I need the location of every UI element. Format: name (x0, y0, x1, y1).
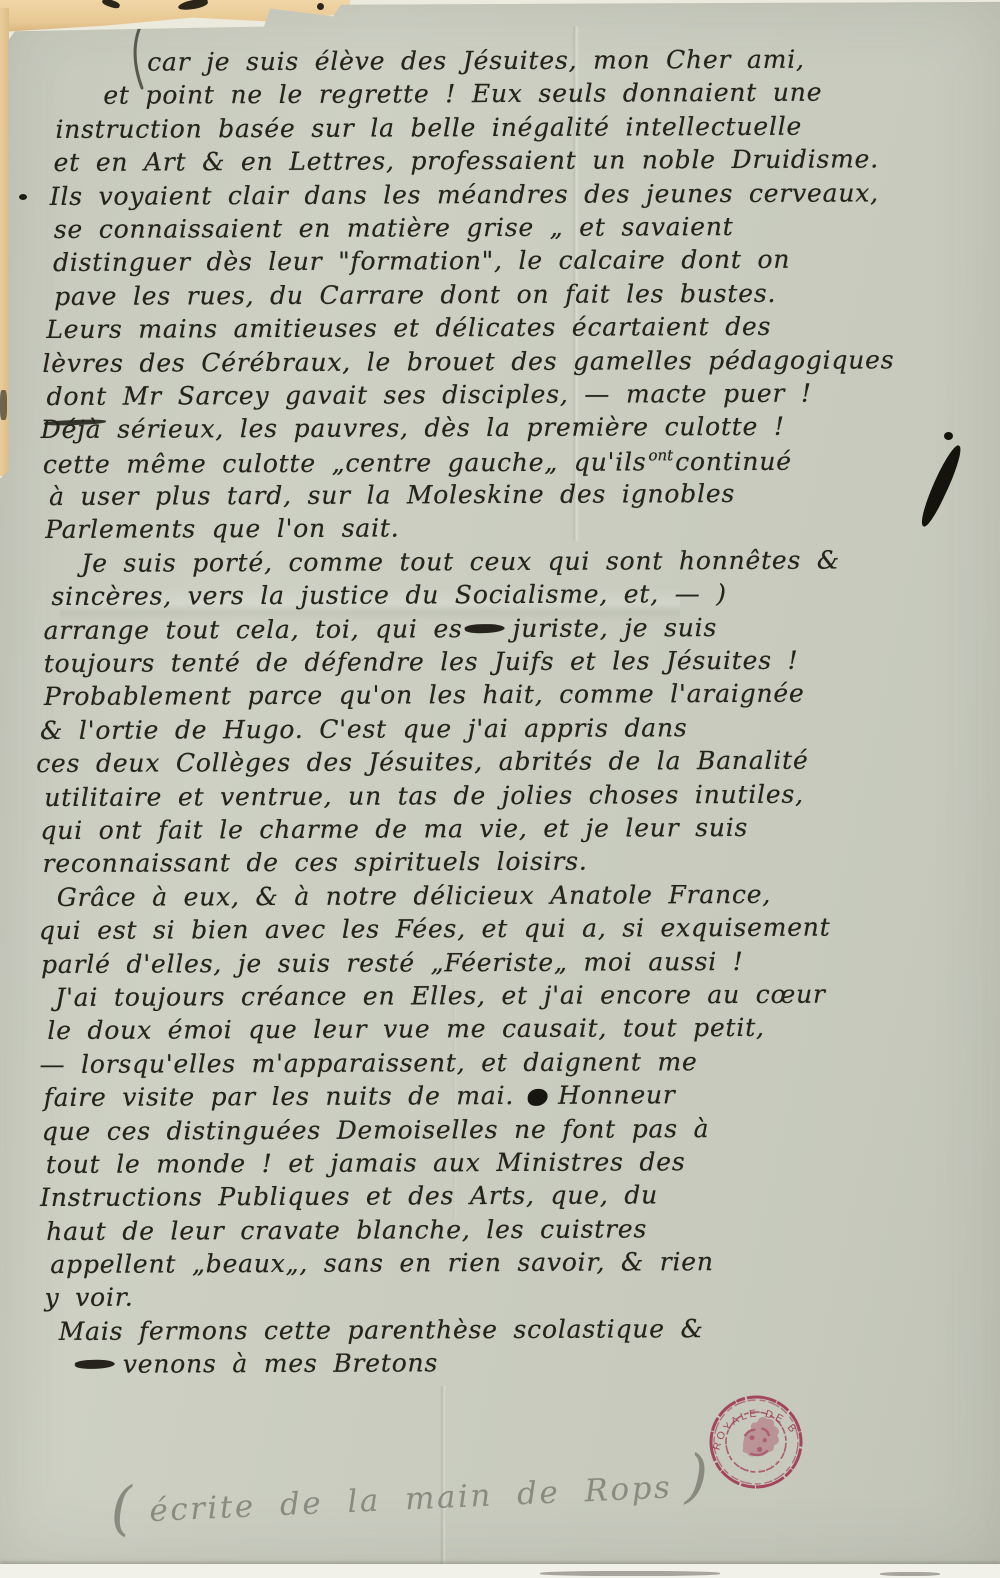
letter-line: appellent „beaux„, sans en rien savoir, … (50, 1246, 1000, 1284)
letter-line: reconnaissant de ces spirituels loisirs. (43, 845, 1000, 883)
letter-line: Instructions Publiques et des Arts, que,… (40, 1179, 1000, 1217)
letter-line: le doux émoi que leur vue me causait, to… (47, 1012, 1000, 1050)
letter-line: sincères, vers la justice du Socialisme,… (51, 578, 999, 616)
letter-line-text: venons à mes Bretons (123, 1349, 438, 1379)
edge-smudge (540, 1571, 720, 1576)
letter-line: ces deux Collèges des Jésuites, abrités … (36, 745, 1000, 783)
annotation-text: écrite de la main de Rops (149, 1469, 673, 1529)
letter-line: Mais fermons cette parenthèse scolastiqu… (59, 1313, 1000, 1351)
letter-line: Grâce à eux, & à notre délicieux Anatole… (57, 879, 1000, 917)
ink-fragment (317, 3, 324, 10)
letter-sheet: car je suis élève des Jésuites, mon Cher… (0, 0, 1000, 1564)
letter-line-text: Honneur (558, 1080, 676, 1110)
letter-line: Ils voyaient clair dans les méandres des… (50, 177, 998, 215)
letter-line-text: faire visite par les nuits de mai. (44, 1081, 515, 1112)
letter-line: cette même culotte „centre gauche„ qu'il… (43, 445, 999, 483)
letter-line: arrange tout cela, toi, qui esjuriste, j… (44, 611, 1000, 649)
letter-line: pave les rues, du Carrare dont on fait l… (54, 278, 998, 316)
letter-line: toujours tenté de défendre les Juifs et … (44, 645, 1000, 683)
letter-line: qui ont fait le charme de ma vie, et je … (40, 812, 1000, 850)
letter-line: J'ai toujours créance en Elles, et j'ai … (55, 979, 1000, 1017)
letter-line: y voir. (44, 1279, 1000, 1317)
crossed-out-word (464, 623, 504, 634)
letter-line: Probablement parce qu'on les hait, comme… (44, 678, 1000, 716)
inserted-word-ont: ont (648, 446, 673, 464)
letter-line: et point ne le regrette ! Eux seuls donn… (103, 77, 997, 114)
letter-line: se connaissaient en matière grise „ et s… (54, 211, 998, 249)
letter-line: tout le monde ! et jamais aux Ministres … (46, 1146, 1000, 1184)
letter-line: distinguer dès leur "formation", le calc… (53, 244, 998, 282)
annotation-close-paren: ) (685, 1447, 712, 1506)
pencil-annotation: ( écrite de la main de Rops ) (109, 1452, 811, 1542)
ink-dot (944, 432, 953, 440)
letter-line: et en Art & en Lettres, professaient un … (54, 144, 998, 182)
letter-line: — lorsqu'elles m'apparaissent, et daigne… (39, 1046, 1000, 1084)
letter-line: qui est si bien avec les Fées, et qui a,… (39, 912, 1000, 950)
letter-line: haut de leur cravate blanche, les cuistr… (46, 1212, 1000, 1250)
letter-line: & l'ortie de Hugo. C'est que j'ai appris… (40, 712, 1000, 750)
scanned-letter-page: car je suis élève des Jésuites, mon Cher… (0, 0, 1000, 1578)
letter-line: utilitaire et ventrue, un tas de jolies … (44, 778, 1000, 816)
letter-line: car je suis élève des Jésuites, mon Cher… (147, 44, 997, 81)
letter-line: à user plus tard, sur la Moleskine des i… (49, 478, 999, 516)
annotation-open-paren: ( (109, 1479, 137, 1538)
letter-line: parlé d'elles, je suis resté „Féeriste„ … (41, 945, 1000, 983)
letter-line: faire visite par les nuits de mai.Honneu… (44, 1079, 1000, 1117)
letter-line-text: juriste, je suis (513, 613, 718, 643)
letter-line: lèvres des Cérébraux, le brouet des game… (42, 344, 998, 382)
letter-line: Je suis porté, comme tout ceux qui sont … (81, 545, 999, 582)
crossed-out-word (75, 1359, 115, 1370)
mount-edge-below-sheet (0, 1564, 1000, 1578)
letter-line-text: arrange tout cela, toi, qui es (44, 614, 463, 645)
letter-line-text: continué (675, 446, 792, 476)
letter-line: Parlements que l'on sait. (45, 511, 999, 549)
letter-line: venons à mes Bretons (73, 1346, 1000, 1383)
letter-line: Leurs mains amitieuses et délicates écar… (46, 311, 998, 349)
letter-line: Déjà sérieux, les pauvres, dès la premiè… (41, 411, 999, 449)
letter-line-text: cette même culotte „centre gauche„ qu'il… (43, 447, 647, 479)
ink-fragment (0, 390, 7, 420)
letter-body: car je suis élève des Jésuites, mon Cher… (0, 44, 1000, 1384)
letter-line: instruction basée sur la belle inégalité… (55, 111, 997, 149)
letter-line: dont Mr Sarcey gavait ses disciples, — m… (47, 378, 999, 416)
edge-smudge (880, 1572, 940, 1576)
letter-line: que ces distinguées Demoiselles ne font … (42, 1112, 1000, 1150)
ink-blot (528, 1089, 548, 1106)
